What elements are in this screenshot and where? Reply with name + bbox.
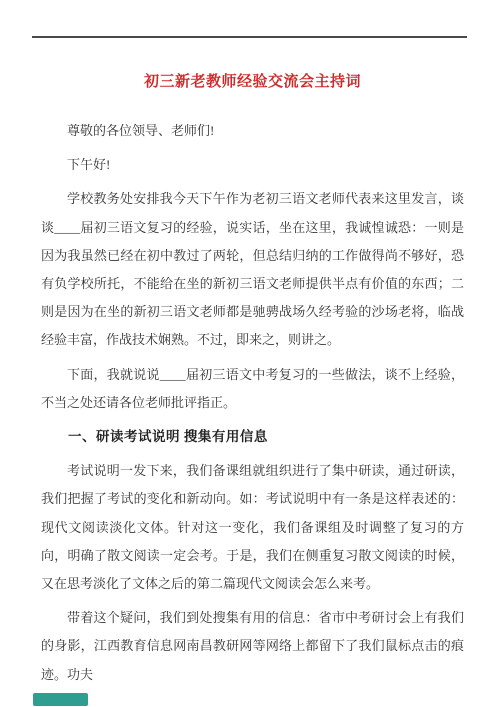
paragraph-transition: 下面，我就说说____届初三语文中考复习的一些做法，谈不上经验，不当之处还请各位… — [41, 361, 464, 417]
paragraph-greeting: 下午好! — [41, 151, 464, 179]
page-indicator-bar — [33, 693, 88, 706]
paragraph-exam-guide-study: 考试说明一发下来，我们备课组就组织进行了集中研读，通过研读，我们把握了考试的变化… — [41, 457, 464, 598]
paragraph-opening-remarks: 学校教务处安排我今天下午作为老初三语文老师代表来这里发言，谈谈____届初三语文… — [41, 185, 464, 354]
document-page: 初三新老教师经验交流会主持词 尊敬的各位领导、老师们! 下午好! 学校教务处安排… — [0, 0, 500, 707]
document-content: 初三新老教师经验交流会主持词 尊敬的各位领导、老师们! 下午好! 学校教务处安排… — [41, 0, 464, 695]
paragraph-salutation: 尊敬的各位领导、老师们! — [41, 117, 464, 145]
section-heading-exam-guide: 一、研读考试说明 搜集有用信息 — [41, 423, 464, 451]
document-title: 初三新老教师经验交流会主持词 — [41, 72, 464, 92]
paragraph-info-gathering: 带着这个疑问，我们到处搜集有用的信息：省市中考研讨会上有我们的身影，江西教育信息… — [41, 604, 464, 689]
